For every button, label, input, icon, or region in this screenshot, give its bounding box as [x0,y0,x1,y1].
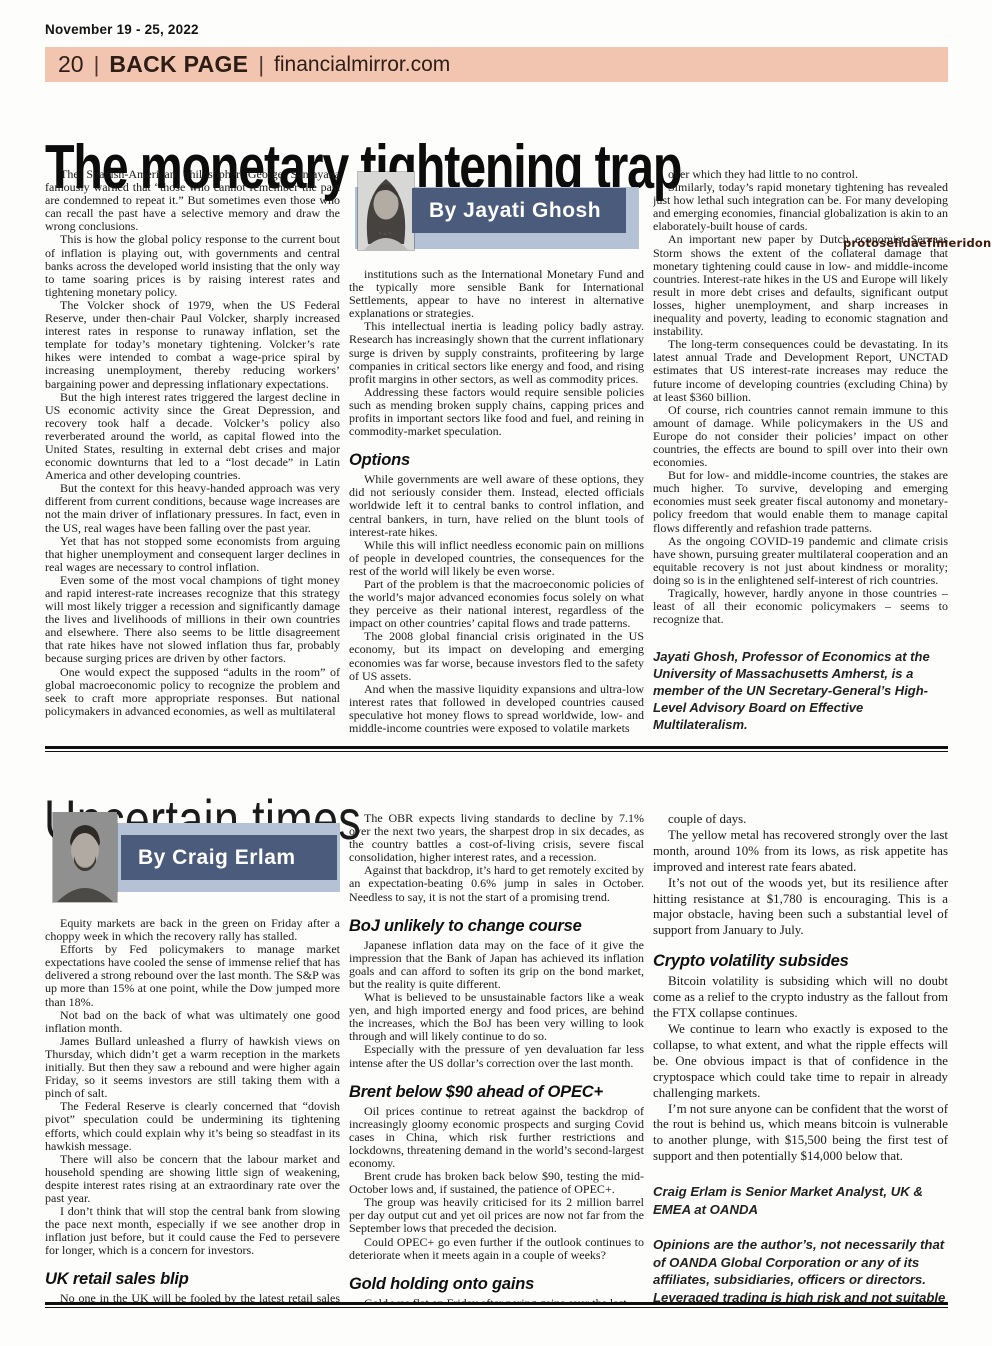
body-paragraph: Bitcoin volatility is subsiding which wi… [653,974,948,1022]
section-heading: Options [349,451,644,470]
body-paragraph: Part of the problem is that the macroeco… [349,578,644,630]
article1-byline-box: By Jayati Ghosh [349,168,644,260]
body-paragraph: Brent crude has broken back below $90, t… [349,1170,644,1196]
site-url: financialmirror.com [274,53,450,77]
body-paragraph: Similarly, today’s rapid monetary tighte… [653,181,948,233]
body-paragraph: The long-term consequences could be deva… [653,338,948,403]
body-paragraph: Especially with the pressure of yen deva… [349,1043,644,1069]
body-paragraph: The group was heavily criticised for its… [349,1196,644,1235]
article2-columns: By Craig Erlam Equity markets are back i… [45,812,948,1302]
article2-byline-box: By Craig Erlam [45,812,340,909]
body-paragraph: The OBR expects living standards to decl… [349,812,644,864]
section-heading: Crypto volatility subsides [653,952,948,971]
body-paragraph: But the context for this heavy-handed ap… [45,482,340,534]
author-photo-jayati-ghosh [358,172,414,250]
newspaper-back-page: November 19 - 25, 2022 20 | BACK PAGE | … [0,0,992,1346]
section-heading: UK retail sales blip [45,1270,340,1289]
article1-column-2: By Jayati Ghosh institutions such as the… [349,168,644,748]
author-bio: Jayati Ghosh, Professor of Economics at … [653,648,948,733]
page-number: 20 [58,51,84,78]
body-paragraph: The Spanish-American philosopher George … [45,168,340,233]
portrait-photo-icon [358,172,414,250]
body-paragraph: While this will inflict needless economi… [349,539,644,578]
header-separator: | [94,52,100,78]
section-title: BACK PAGE [109,51,248,78]
section-heading: Gold holding onto gains [349,1275,644,1294]
body-paragraph: The yellow metal has recovered strongly … [653,828,948,876]
author-bio: Craig Erlam is Senior Market Analyst, UK… [653,1183,948,1218]
portrait-photo-icon [53,812,117,902]
body-paragraph: No one in the UK will be fooled by the l… [45,1292,340,1302]
body-paragraph: Even some of the most vocal champions of… [45,574,340,666]
article1-column-1: The Spanish-American philosopher George … [45,168,340,748]
byline-bar: By Jayati Ghosh [412,188,626,233]
body-paragraph: One would expect the supposed “adults in… [45,666,340,718]
article1-byline: By Jayati Ghosh [429,199,601,223]
body-paragraph: I’m not sure anyone can be confident tha… [653,1102,948,1166]
body-paragraph: It’s not out of the woods yet, but its r… [653,876,948,940]
body-paragraph: James Bullard unleashed a flurry of hawk… [45,1035,340,1100]
body-paragraph: There will also be concern that the labo… [45,1153,340,1205]
article2-column-3: couple of days.The yellow metal has reco… [653,812,948,1302]
body-paragraph: Tragically, however, hardly anyone in th… [653,587,948,626]
body-paragraph: The 2008 global financial crisis origina… [349,630,644,682]
section-heading: Brent below $90 ahead of OPEC+ [349,1083,644,1102]
article2-column-1: By Craig Erlam Equity markets are back i… [45,812,340,1302]
article1-column-2-text: institutions such as the International M… [349,268,644,735]
body-paragraph: Against that backdrop, it’s hard to get … [349,864,644,903]
watermark-overlay: protoselidaefimeridon.gr [843,236,992,250]
body-paragraph: This intellectual inertia is leading pol… [349,320,644,385]
body-paragraph: Could OPEC+ go even further if the outlo… [349,1236,644,1262]
body-paragraph: While governments are well aware of thes… [349,473,644,538]
article-divider-rule [45,746,948,752]
author-bio: Opinions are the author’s, not necessari… [653,1236,948,1302]
body-paragraph: As the ongoing COVID-19 pandemic and cli… [653,535,948,587]
body-paragraph: Oil prices continue to retreat against t… [349,1105,644,1170]
body-paragraph: But for low- and middle-income countries… [653,469,948,534]
body-paragraph: Of course, rich countries cannot remain … [653,404,948,469]
body-paragraph: We continue to learn who exactly is expo… [653,1022,948,1102]
body-paragraph: But the high interest rates triggered th… [45,391,340,483]
article2-column-2: The OBR expects living standards to decl… [349,812,644,1302]
bottom-rule [45,1302,948,1308]
body-paragraph: Equity markets are back in the green on … [45,917,340,943]
section-header-bar: 20 | BACK PAGE | financialmirror.com [45,47,948,82]
body-paragraph: Not bad on the back of what was ultimate… [45,1009,340,1035]
body-paragraph: Efforts by Fed policymakers to manage ma… [45,943,340,1008]
article1-columns: The Spanish-American philosopher George … [45,168,948,748]
author-photo-craig-erlam [53,812,117,902]
body-paragraph: The Federal Reserve is clearly concerned… [45,1100,340,1152]
body-paragraph: What is believed to be unsustainable fac… [349,991,644,1043]
body-paragraph: The Volcker shock of 1979, when the US F… [45,299,340,391]
byline-bar: By Craig Erlam [121,835,337,880]
article2-column-1-text: Equity markets are back in the green on … [45,917,340,1302]
body-paragraph: I don’t think that will stop the central… [45,1205,340,1257]
body-paragraph: couple of days. [653,812,948,828]
body-paragraph: Japanese inflation data may on the face … [349,939,644,991]
body-paragraph: Yet that has not stopped some economists… [45,535,340,574]
article2-byline: By Craig Erlam [138,846,296,870]
issue-date: November 19 - 25, 2022 [45,22,199,37]
body-paragraph: And when the massive liquidity expansion… [349,683,644,735]
body-paragraph: Addressing these factors would require s… [349,386,644,438]
body-paragraph: This is how the global policy response t… [45,233,340,298]
header-separator: | [258,52,264,78]
section-heading: BoJ unlikely to change course [349,917,644,936]
article1-column-3: over which they had little to no control… [653,168,948,748]
body-paragraph: institutions such as the International M… [349,268,644,320]
